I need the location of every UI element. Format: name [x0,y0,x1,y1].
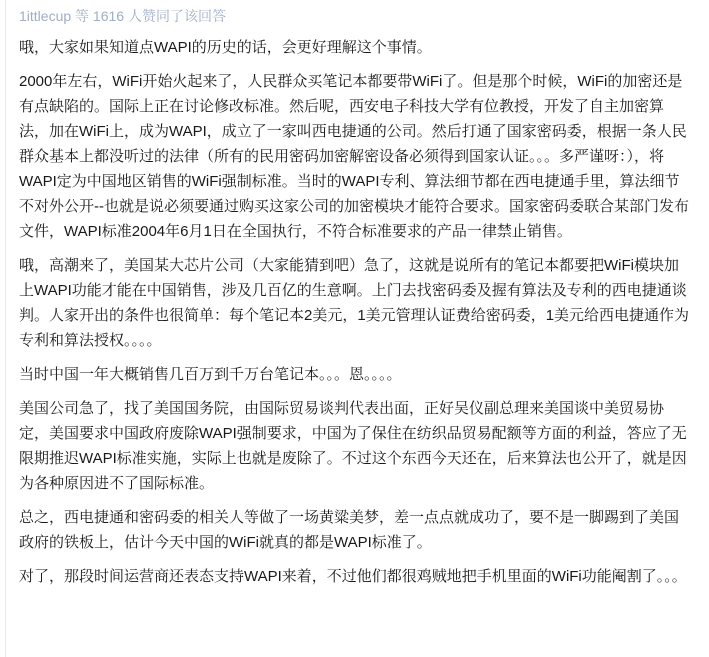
answer-body: 哦，大家如果知道点WAPI的历史的话，会更好理解这个事情。 2000年左右，Wi… [19,35,693,589]
upvoters-line: 1ittlecup 等 1616 人赞同了该回答 [19,7,693,25]
answer-paragraph: 哦，大家如果知道点WAPI的历史的话，会更好理解这个事情。 [19,35,693,60]
upvote-count-text: 等 1616 人赞同了该回答 [75,8,226,24]
answer-paragraph: 美国公司急了，找了美国国务院，由国际贸易谈判代表出面，正好吴仪副总理来美国谈中美… [19,396,693,496]
answer-paragraph: 总之，西电捷通和密码委的相关人等做了一场黄粱美梦，差一点点就成功了，要不是一脚踢… [19,505,693,555]
answer-paragraph: 2000年左右，WiFi开始火起来了，人民群众买笔记本都要带WiFi了。但是那个… [19,69,693,244]
answer-paragraph: 当时中国一年大概销售几百万到千万台笔记本。。。恩。。。。 [19,362,693,387]
answer-paragraph: 对了，那段时间运营商还表态支持WAPI来着，不过他们都很鸡贼地把手机里面的WiF… [19,564,693,589]
upvoter-username-link[interactable]: 1ittlecup [19,8,71,24]
answer-card: 1ittlecup 等 1616 人赞同了该回答 哦，大家如果知道点WAPI的历… [5,0,709,657]
answer-paragraph: 哦，高潮来了，美国某大芯片公司（大家能猜到吧）急了，这就是说所有的笔记本都要把W… [19,253,693,353]
